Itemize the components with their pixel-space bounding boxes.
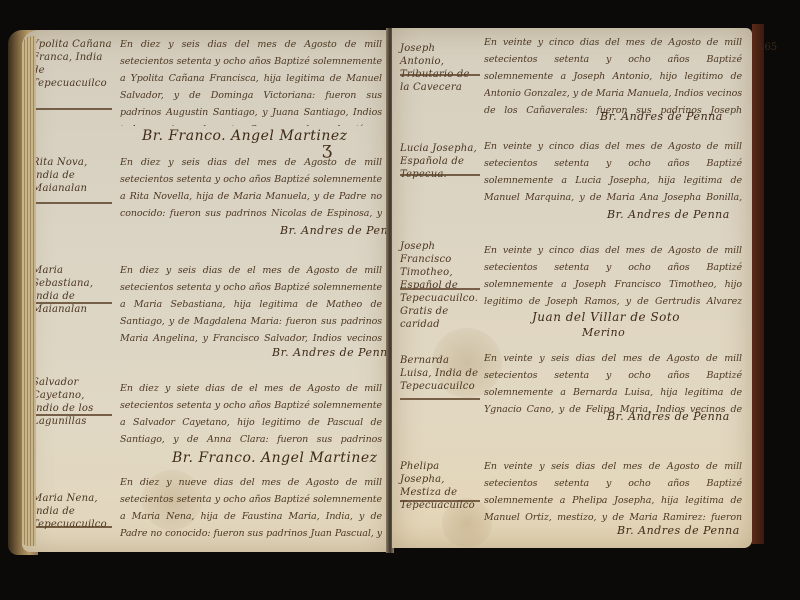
margin-rule xyxy=(32,414,112,416)
margin-note: Joseph Francisco Timotheo, Español de Te… xyxy=(400,240,480,331)
entry-body: En diez y seis dias del mes de Agosto de… xyxy=(120,154,382,222)
entry-body: En diez y siete dias de el mes de Agosto… xyxy=(120,380,382,450)
priest-signature: Br. Andres de Penna xyxy=(607,410,730,423)
priest-signature: Br. Franco. Angel Martinez xyxy=(172,450,378,466)
entry-body: En veinte y seis dias del mes de Agosto … xyxy=(484,458,742,524)
margin-rule xyxy=(400,174,480,176)
right-page: Joseph Antonio, Tributario de la Cavecer… xyxy=(392,28,752,548)
left-page: Ypolita Cañana Franca, India de Tepecuac… xyxy=(22,30,390,552)
priest-signature: Br. Andres de Penna xyxy=(280,224,390,237)
margin-rule xyxy=(400,74,480,76)
margin-rule xyxy=(400,398,480,400)
priest-signature: Br. Andres de Penna xyxy=(617,524,740,537)
margin-note: Salvador Cayetano, Indio de los Lagunill… xyxy=(32,376,112,428)
book-cover-right xyxy=(752,24,764,544)
margin-rule xyxy=(32,302,112,304)
entry-body: En diez y seis dias del mes de Agosto de… xyxy=(120,36,382,126)
entry-body: En veinte y seis dias del mes de Agosto … xyxy=(484,350,742,414)
priest-signature: Br. Andres de Penna xyxy=(600,110,723,123)
page-edges xyxy=(22,36,36,546)
open-register-book: Ypolita Cañana Franca, India de Tepecuac… xyxy=(0,0,800,600)
margin-note: Maria Sebastiana, India de Maianalan xyxy=(32,264,112,316)
page-number: 165 xyxy=(758,42,777,53)
margin-note: Phelipa Josepha, Mestiza de Tepecuacuilc… xyxy=(400,460,480,512)
entry-body: En diez y nueve dias del mes de Agosto d… xyxy=(120,474,382,542)
margin-note: Joseph Antonio, Tributario de la Cavecer… xyxy=(400,42,480,94)
margin-rule xyxy=(400,500,480,502)
priest-signature: Br. Franco. Angel Martinez xyxy=(142,128,348,144)
entry-body: En veinte y cinco dias del mes de Agosto… xyxy=(484,34,742,120)
margin-rule xyxy=(32,202,112,204)
entry-body: En veinte y cinco dias del mes de Agosto… xyxy=(484,138,742,206)
margin-rule xyxy=(400,288,480,290)
margin-rule xyxy=(32,108,112,110)
entry-body: En veinte y cinco dias del mes de Agosto… xyxy=(484,242,742,310)
entry-body: En diez y seis dias de el mes de Agosto … xyxy=(120,262,382,346)
priest-signature: Br. Andres de Penna xyxy=(272,346,390,359)
margin-note: Ypolita Cañana Franca, India de Tepecuac… xyxy=(32,38,112,90)
witness-signature-sub: Merino xyxy=(582,326,625,339)
margin-note: Rita Nova, India de Maianalan xyxy=(32,156,112,195)
margin-rule xyxy=(32,526,112,528)
witness-signature: Juan del Villar de Soto xyxy=(532,310,680,324)
priest-signature: Br. Andres de Penna xyxy=(607,208,730,221)
margin-note: Bernarda Luisa, India de Tepecuacuilco xyxy=(400,354,480,393)
